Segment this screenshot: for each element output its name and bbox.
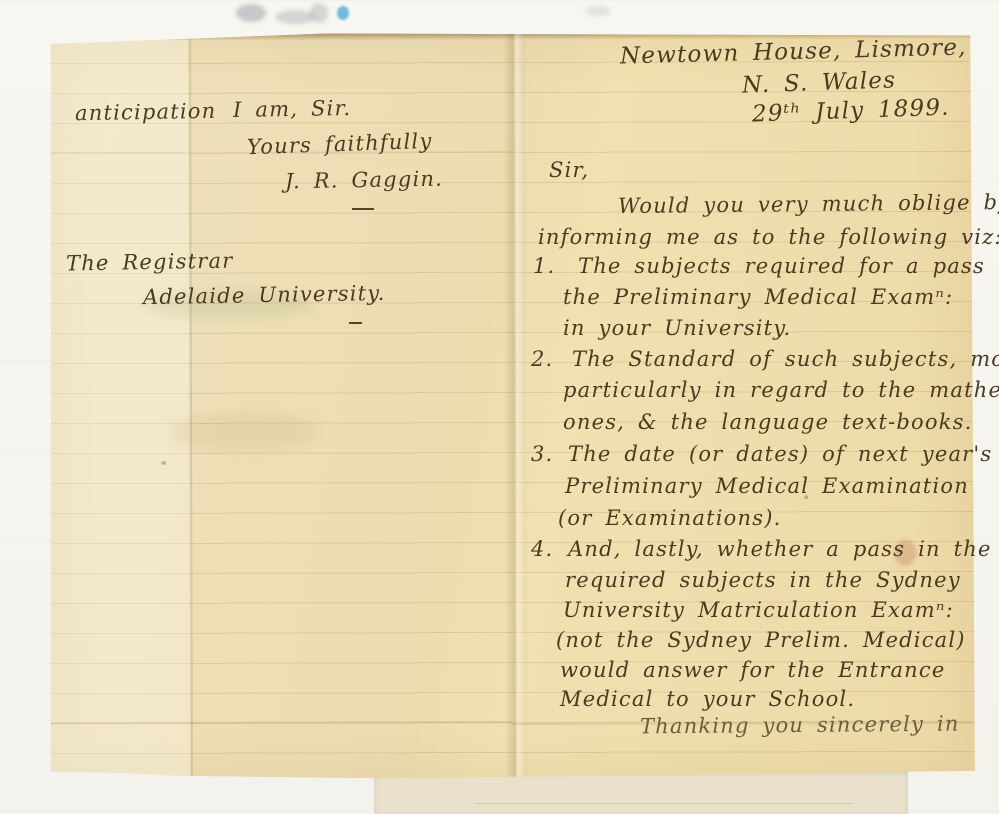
body-line: the Preliminary Medical Examⁿ: — [563, 285, 953, 310]
body-line: Preliminary Medical Examination — [565, 474, 969, 499]
ink-spot — [161, 461, 166, 465]
blue-ink-mark — [337, 6, 349, 20]
body-line: The subjects required for a pass in — [578, 254, 999, 279]
salutation: Sir, — [549, 158, 589, 183]
addressee-flourish — [349, 322, 362, 324]
body-line: (or Examinations). — [558, 506, 782, 531]
body-line: And, lastly, whether a pass in the — [568, 537, 992, 562]
body-line: The Standard of such subjects, more — [572, 347, 999, 372]
body-line: in your University. — [563, 316, 791, 341]
show-through-stain — [169, 412, 319, 452]
pencil-smudge — [236, 4, 266, 22]
pencil-smudge — [275, 10, 315, 24]
body-line: anticipation — [75, 99, 217, 126]
body-line: Would you very much oblige by — [618, 190, 999, 219]
addressee-line: Adelaide University. — [143, 281, 386, 310]
item-number: 3. — [531, 442, 553, 467]
body-line: would answer for the Entrance — [560, 658, 945, 683]
body-line: The date (or dates) of next year's — [568, 442, 992, 467]
ruled-line — [474, 803, 854, 804]
body-line: ones, & the language text-books. — [563, 410, 973, 435]
item-number: 1. — [533, 254, 555, 279]
pencil-smudge — [310, 3, 328, 23]
body-line: Medical to your School. — [560, 687, 855, 712]
body-line: University Matriculation Examⁿ: — [563, 598, 954, 623]
center-fold — [503, 33, 527, 778]
signature-flourish — [352, 208, 374, 210]
item-number: 4. — [531, 537, 553, 562]
body-line: (not the Sydney Prelim. Medical) — [556, 628, 966, 653]
item-number: 2. — [531, 347, 553, 372]
body-line: informing me as to the following viz: — [538, 225, 999, 250]
left-fold-panel — [48, 40, 190, 778]
fold-crease — [50, 721, 512, 724]
body-line: particularly in regard to the mathematic… — [563, 378, 999, 403]
scanned-letter-page: Newtown House, Lismore, N. S. Wales 29ᵗʰ… — [0, 0, 999, 814]
body-line: Thanking you sincerely in — [640, 712, 960, 740]
pencil-smudge — [585, 6, 611, 16]
body-line: required subjects in the Sydney — [565, 568, 961, 593]
signature: J. R. Gaggin. — [285, 167, 443, 195]
valediction-line: I am, Sir. — [233, 96, 352, 123]
addressee-line: The Registrar — [66, 249, 234, 277]
